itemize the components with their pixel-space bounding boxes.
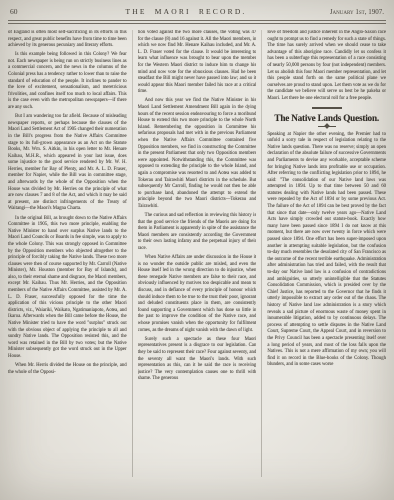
publication-title: THE MAORI RECORD. <box>80 7 292 16</box>
paragraph: Speaking at Napier the other evening, th… <box>267 132 386 369</box>
page-header: 60 THE MAORI RECORD. January 1st, 1907. <box>0 0 394 18</box>
paragraph: The curious and sad reflection in review… <box>138 213 257 253</box>
section-divider <box>312 107 342 109</box>
paragraph: When Native Affairs are under discussion… <box>138 255 257 334</box>
column-middle: tion voted against the two more clauses,… <box>138 30 257 477</box>
paragraph: love of freedom and justice inherent in … <box>267 30 386 103</box>
column-divider <box>132 30 133 477</box>
heading-ornament <box>318 126 336 127</box>
paragraph: When Mr. Herris divided the House on the… <box>8 363 127 376</box>
paragraph: tion voted against the two more clauses,… <box>138 30 257 96</box>
paragraph: Is this example being followed in this C… <box>8 52 127 111</box>
column-left: of England is often most self-sacrificin… <box>8 30 127 477</box>
scanned-page: 60 THE MAORI RECORD. January 1st, 1907. … <box>0 0 394 500</box>
text-columns: of England is often most self-sacrificin… <box>0 24 394 477</box>
issue-date: January 1st, 1907. <box>292 8 384 16</box>
paragraph: And now this year we find the Native Min… <box>138 98 257 210</box>
paragraph: But I am wandering too far afield. Becau… <box>8 114 127 213</box>
page-number: 60 <box>10 7 80 16</box>
column-right: love of freedom and justice inherent in … <box>267 30 386 477</box>
column-divider <box>261 30 262 477</box>
paragraph: In the original Bill, as brought down to… <box>8 216 127 361</box>
paragraph: Surely such a spectacle as these four Ma… <box>138 337 257 383</box>
paragraph: of England is often most self-sacrificin… <box>8 30 127 50</box>
